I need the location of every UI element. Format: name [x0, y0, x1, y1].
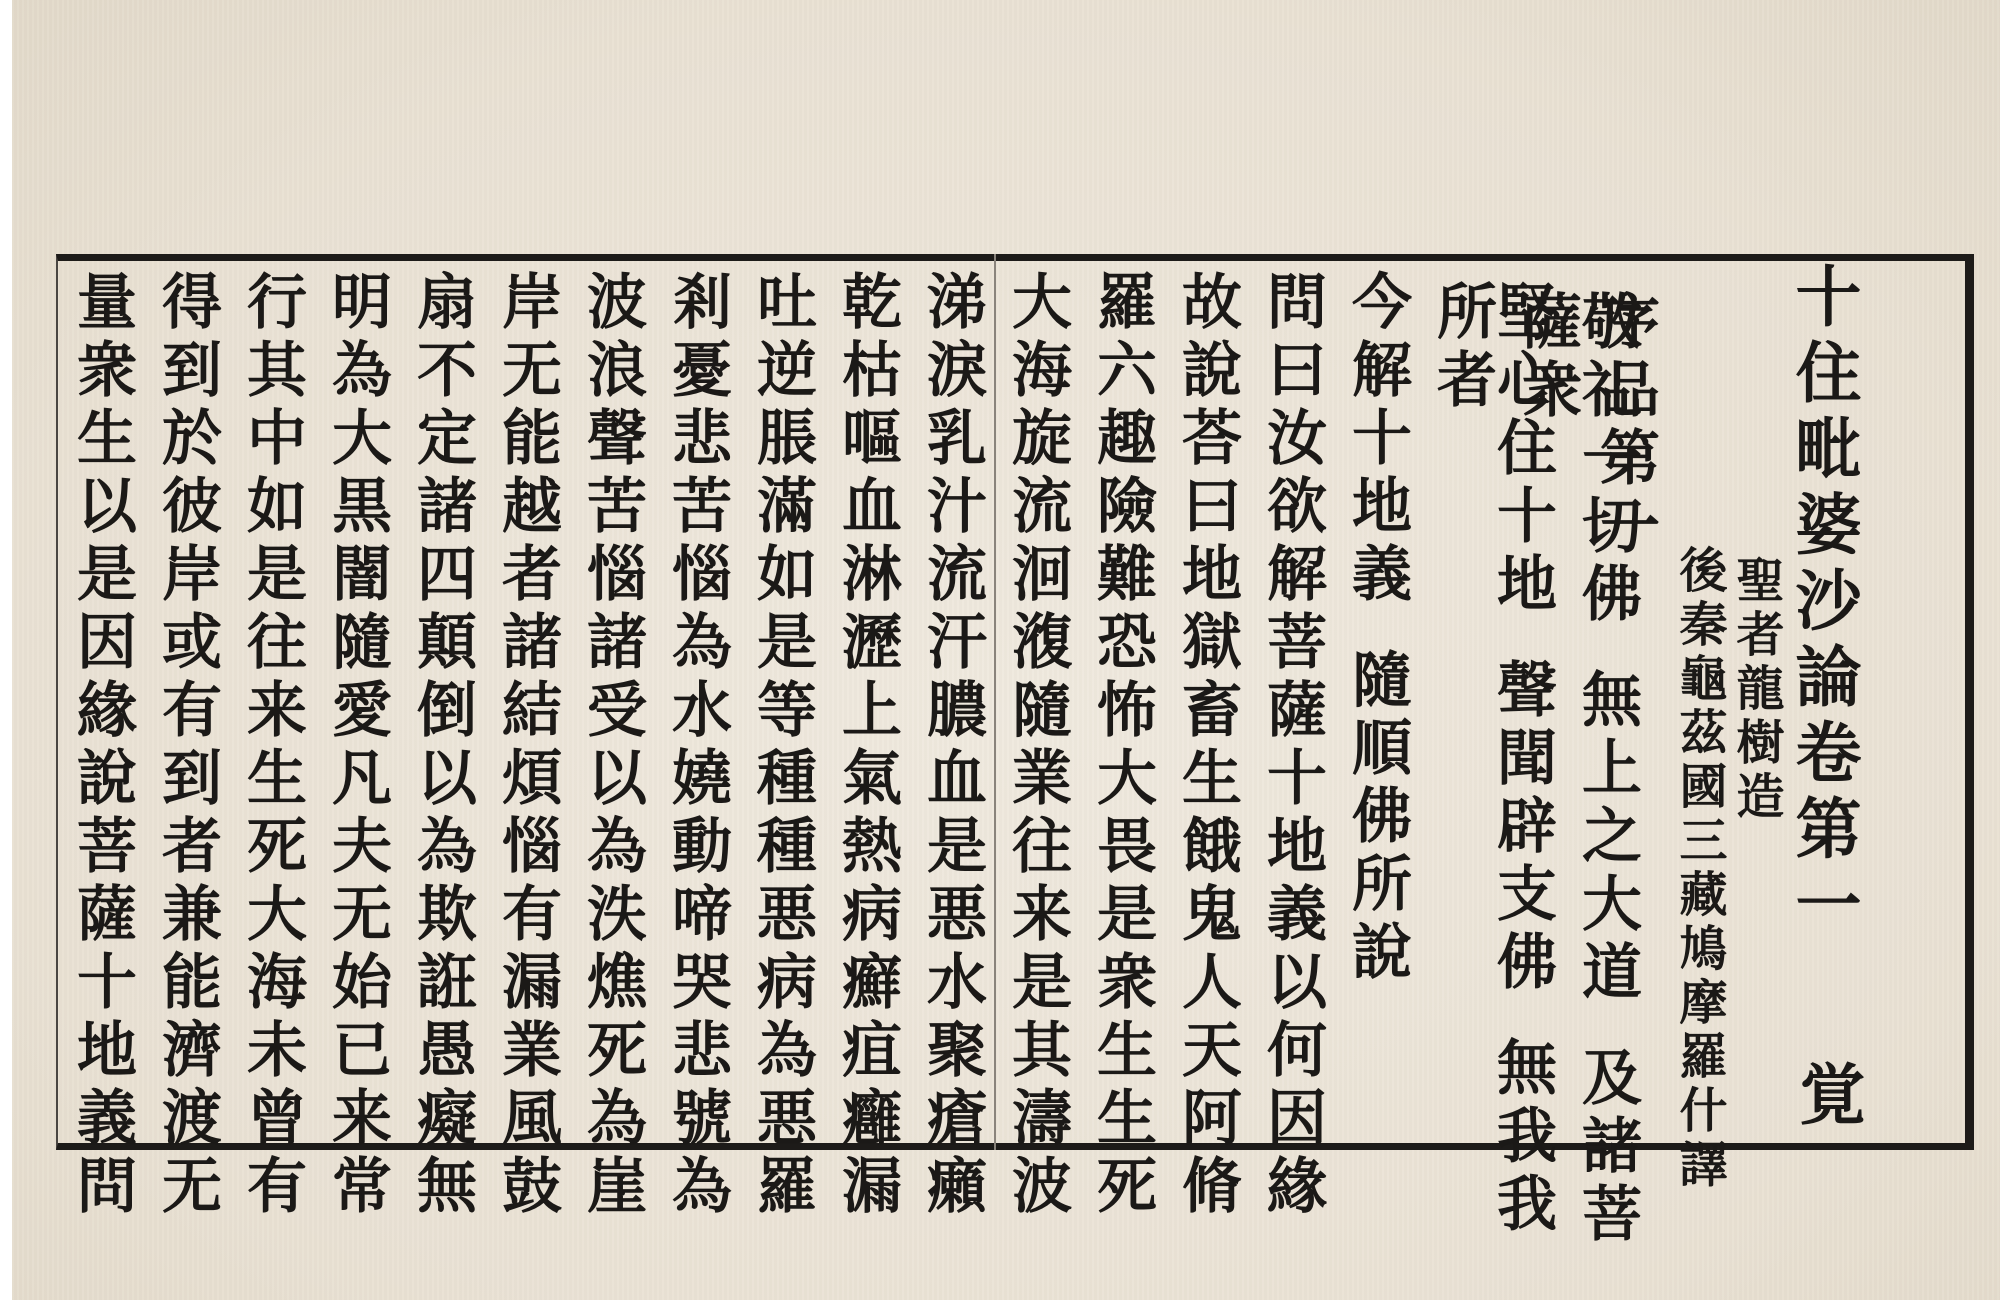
body-column-4: 大海旋流洄澓隨業往来是其濤波 — [1007, 270, 1067, 1222]
body-column-12: 明為大黒闇隨愛凡夫无始已来常 — [327, 270, 387, 1222]
translator-line: 後秦龜茲國三藏鳩摩羅什譯 — [1675, 545, 1723, 1193]
title-column: 十住毗婆沙論卷第一 — [1790, 262, 1856, 946]
body-column-15: 量衆生以是因緣說菩薩十地義問 — [72, 270, 132, 1222]
author-line: 聖者龍樹造 — [1732, 555, 1780, 825]
body-column-5: 涕淚乳汁流汗膿血是悪水聚瘡癩 — [922, 270, 982, 1222]
body-column-7: 吐逆脹滿如是等種種悪病為悪羅 — [752, 270, 812, 1222]
body-column-6: 乾枯嘔血淋瀝上氣熱病癬疽癰漏 — [837, 270, 897, 1222]
scan-margin — [0, 0, 12, 1300]
body-column-10: 岸无能越者諸結煩惱有漏業風鼓 — [497, 270, 557, 1222]
body-column-8: 剎憂悲苦惱為水嬈動啼哭悲號為 — [667, 270, 727, 1222]
verse-column-3: 今解十地義隨順佛所說 — [1347, 270, 1407, 988]
scroll-title: 十住毗婆沙論卷第一 — [1784, 262, 1862, 946]
body-column-2: 故說荅曰地獄畜生餓鬼人天阿脩 — [1177, 270, 1237, 1222]
body-column-3: 羅六趣險難恐怖大畏是衆生生死 — [1092, 270, 1152, 1222]
body-column-11: 扇不定諸四顛倒以為欺誑愚癡無 — [412, 270, 472, 1222]
verse-column-2: 堅心住十地聲聞辟支佛無我我所者 — [1432, 280, 1552, 1300]
body-column-14: 得到於彼岸或有到者兼能濟渡无 — [157, 270, 217, 1222]
collation-mark: 覚 — [1794, 1060, 1860, 1136]
paper-page: 十住毗婆沙論卷第一 覚 聖者龍樹造 後秦龜茲國三藏鳩摩羅什譯 序品第一 敬礼一切… — [12, 0, 2000, 1300]
body-column-1: 問曰汝欲解菩薩十地義以何因緣 — [1262, 270, 1322, 1222]
body-column-9: 波浪聲苦惱諸受以為泆燋死為崖 — [582, 270, 642, 1222]
body-column-13: 行其中如是往来生死大海未曾有 — [242, 270, 302, 1222]
center-fold-line — [994, 254, 996, 1150]
